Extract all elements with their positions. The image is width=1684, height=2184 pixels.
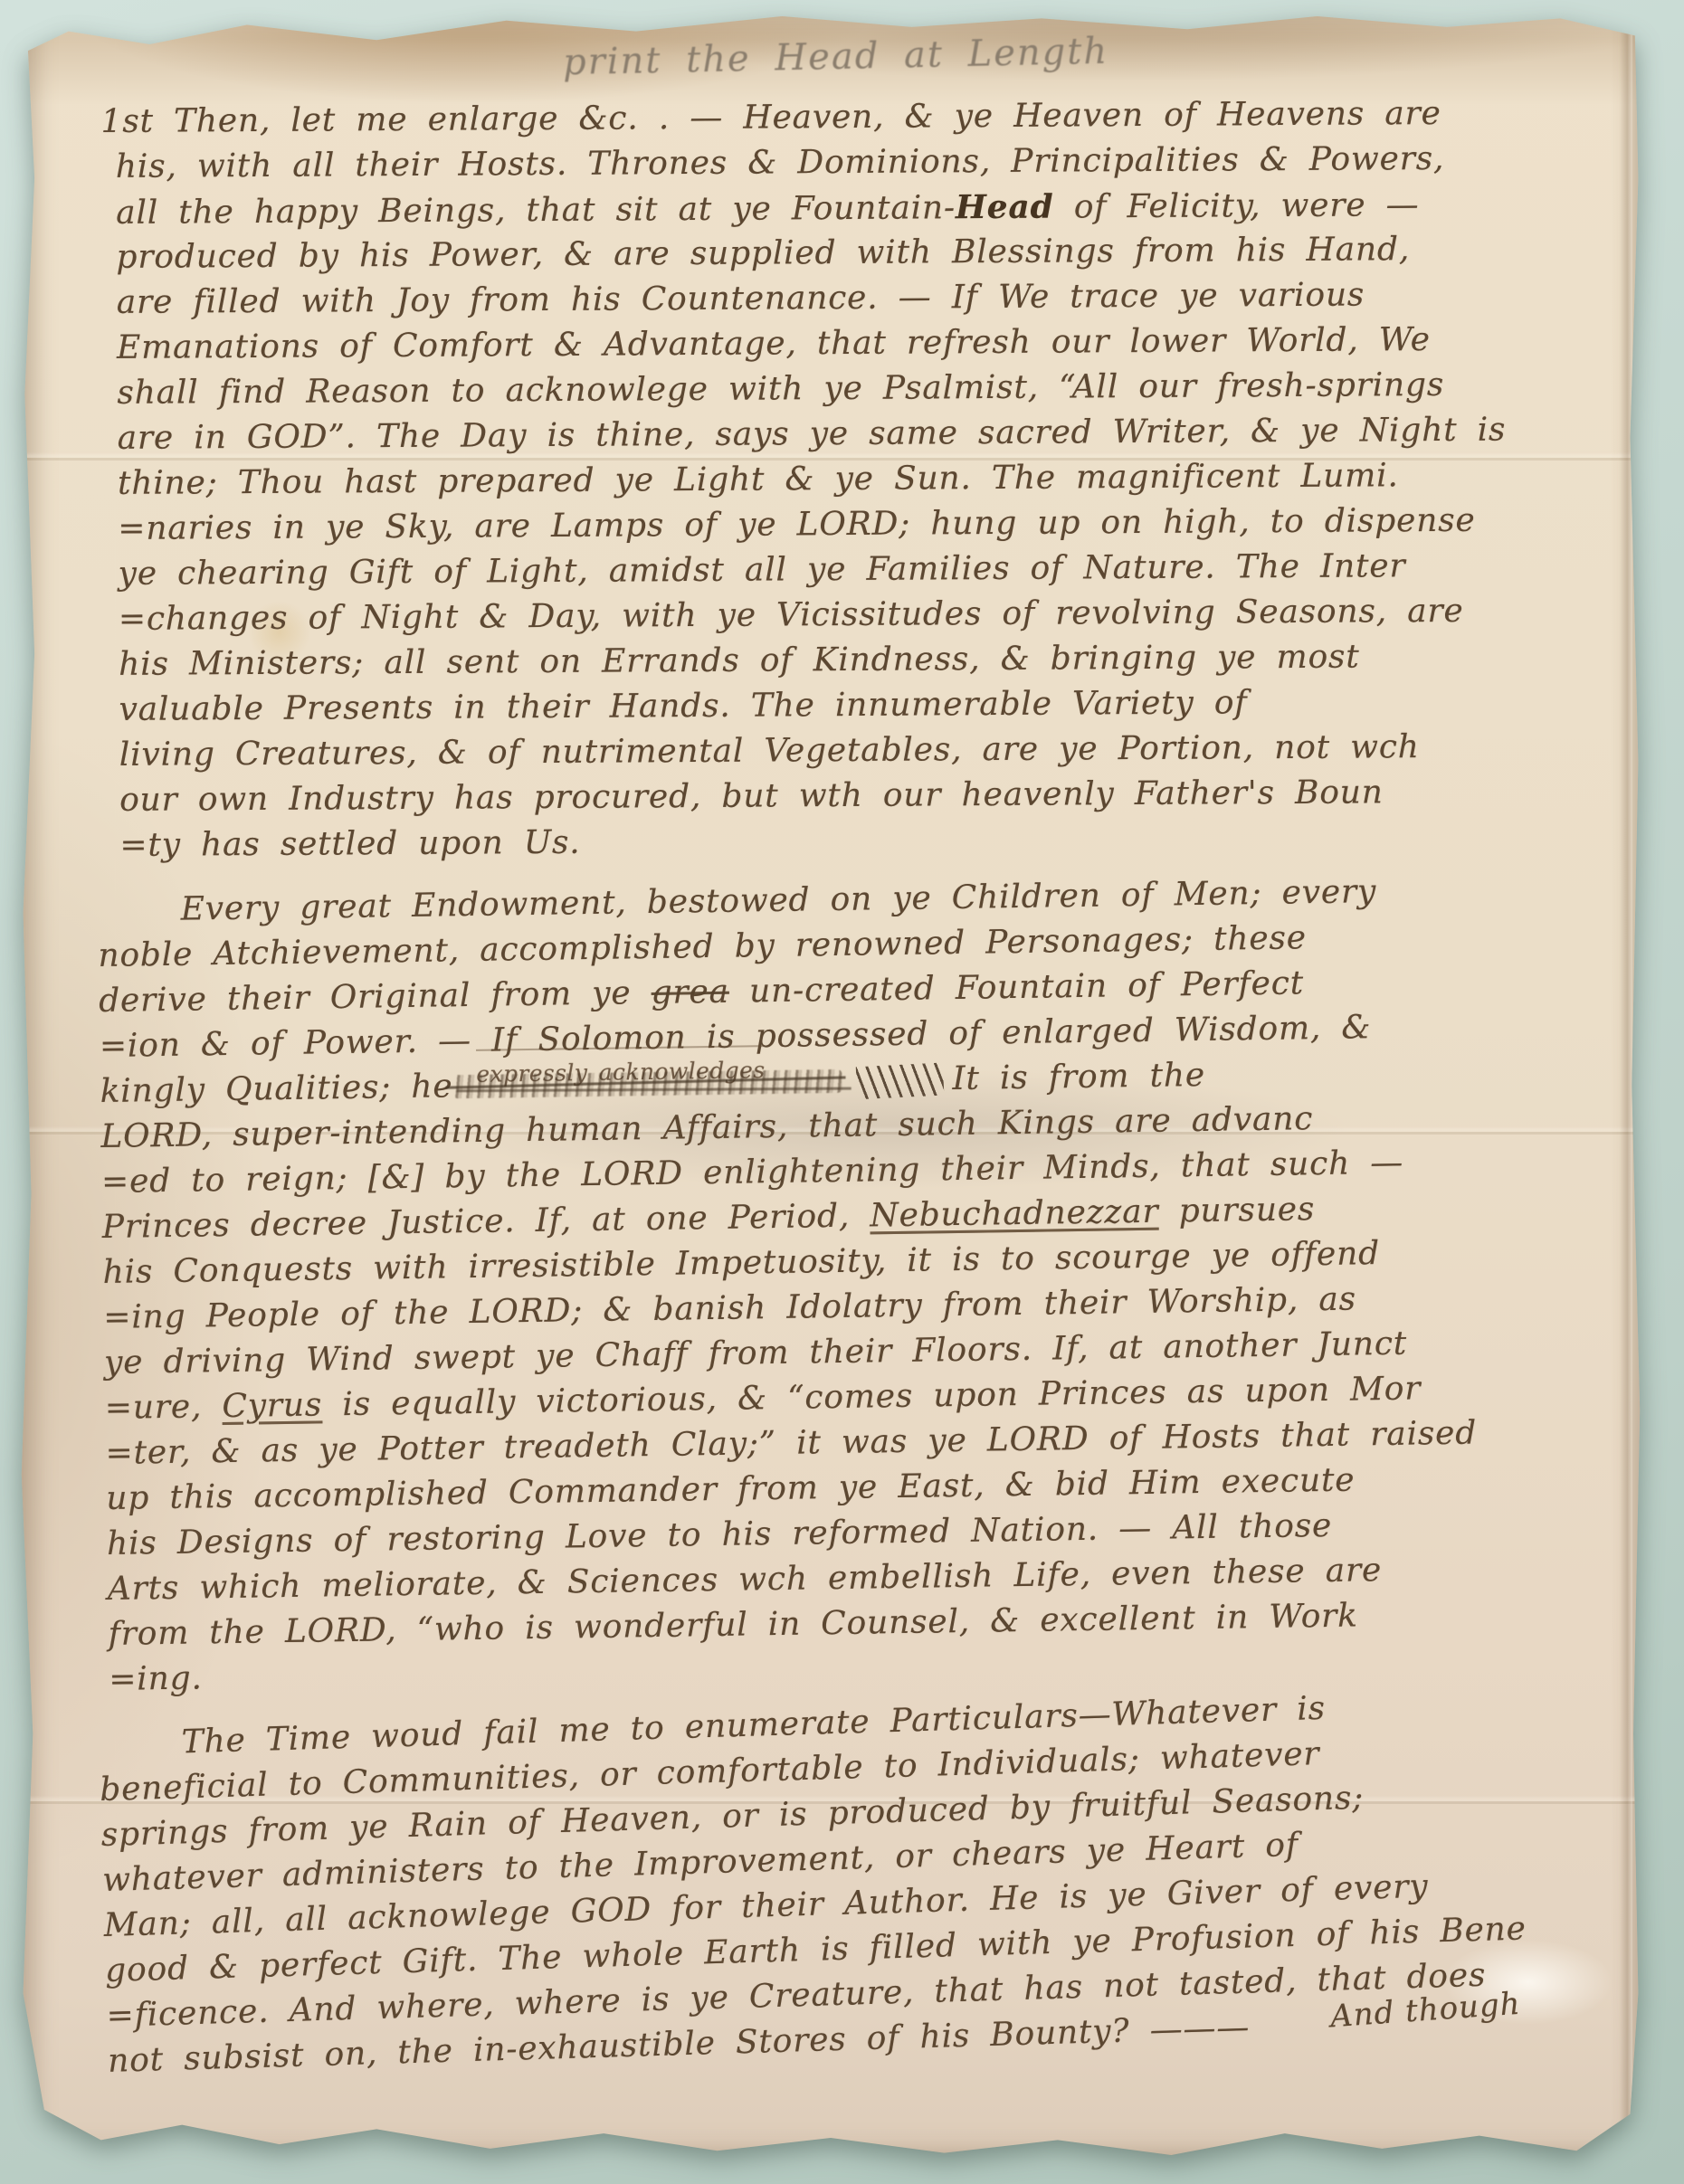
line-text: valuable Presents in their Hands. The in… xyxy=(119,684,1247,728)
line-text: thine; Thou hast prepared ye Light & ye … xyxy=(118,457,1399,502)
line-text: It is from the xyxy=(952,1057,1205,1097)
retraced-word: Head xyxy=(956,188,1054,227)
underlined-name: Nebuchadnezzar xyxy=(870,1193,1159,1235)
line-text: all the happy Beings, that sit at ye Fou… xyxy=(116,189,956,232)
line-text: =ure, xyxy=(105,1388,223,1427)
line-text: produced by his Power, & are supplied wi… xyxy=(116,231,1410,276)
manuscript-line: =changes of Night & Day, with ye Vicissi… xyxy=(104,588,1633,642)
line-text: =changes of Night & Day, with ye Vicissi… xyxy=(119,593,1464,638)
line-text: Emanations of Comfort & Advantage, that … xyxy=(117,321,1431,366)
line-text: Princes decree Justice. If, at one Perio… xyxy=(102,1197,871,1246)
line-text: ye chearing Gift of Light, amidst all ye… xyxy=(118,547,1405,593)
paragraph-1: 1st Then, let me enlarge &c. . — Heaven,… xyxy=(100,90,1634,869)
struck-out-word: grea xyxy=(651,973,729,1011)
strikeout-hatch-marks xyxy=(856,1063,945,1100)
line-text: are in GOD”. The Day is thine, says ye s… xyxy=(118,412,1507,457)
paragraph-2: Every great Endowment, bestowed on ye Ch… xyxy=(97,866,1638,1703)
underlined-name: Cyrus xyxy=(222,1386,322,1425)
manuscript-line: are in GOD”. The Day is thine, says ye s… xyxy=(103,407,1632,461)
line-text: =naries in ye Sky, are Lamps of ye LORD;… xyxy=(118,502,1475,547)
photographed-manuscript-page: { "page": { "backing_color": "#c3d6cf", … xyxy=(0,0,1684,2184)
manuscript-paper-wrap: print the Head at Length 1st Then, let m… xyxy=(0,0,1684,2184)
line-text: of Felicity, were — xyxy=(1053,186,1419,225)
pencil-header-note: print the Head at Length xyxy=(563,31,1109,84)
line-text: are filled with Joy from his Countenance… xyxy=(117,276,1365,320)
line-text: =ing. xyxy=(109,1659,203,1698)
manuscript-line: =ty has settled upon Us. xyxy=(105,814,1634,869)
manuscript-line: produced by his Power, & are supplied wi… xyxy=(101,226,1631,280)
line-text: un-created Fountain of Perfect xyxy=(729,964,1305,1010)
manuscript-line: living Creatures, & of nutrimental Veget… xyxy=(105,724,1634,778)
emendation: expressly acknowledges xyxy=(452,1059,842,1104)
line-text: kingly Qualities; he xyxy=(100,1068,452,1110)
illegible-strikeout-scribble xyxy=(452,1069,842,1098)
manuscript-paper: print the Head at Length 1st Then, let m… xyxy=(20,5,1641,2166)
manuscript-text: 1st Then, let me enlarge &c. . — Heaven,… xyxy=(103,100,1632,2084)
line-text: living Creatures, & of nutrimental Veget… xyxy=(119,728,1420,774)
line-text: =ty has settled upon Us. xyxy=(119,824,580,864)
line-text: derive their Original from ye xyxy=(99,974,652,1020)
line-text: his Ministers; all sent on Errands of Ki… xyxy=(119,639,1360,683)
line-text: pursues xyxy=(1158,1191,1315,1230)
line-text: 1st Then, let me enlarge &c. . — Heaven,… xyxy=(100,95,1441,140)
line-text: his, with all their Hosts. Thrones & Dom… xyxy=(116,140,1445,185)
line-text: shall find Reason to acknowlege with ye … xyxy=(117,366,1444,412)
line-text: our own Industry has procured, but wth o… xyxy=(119,774,1384,819)
